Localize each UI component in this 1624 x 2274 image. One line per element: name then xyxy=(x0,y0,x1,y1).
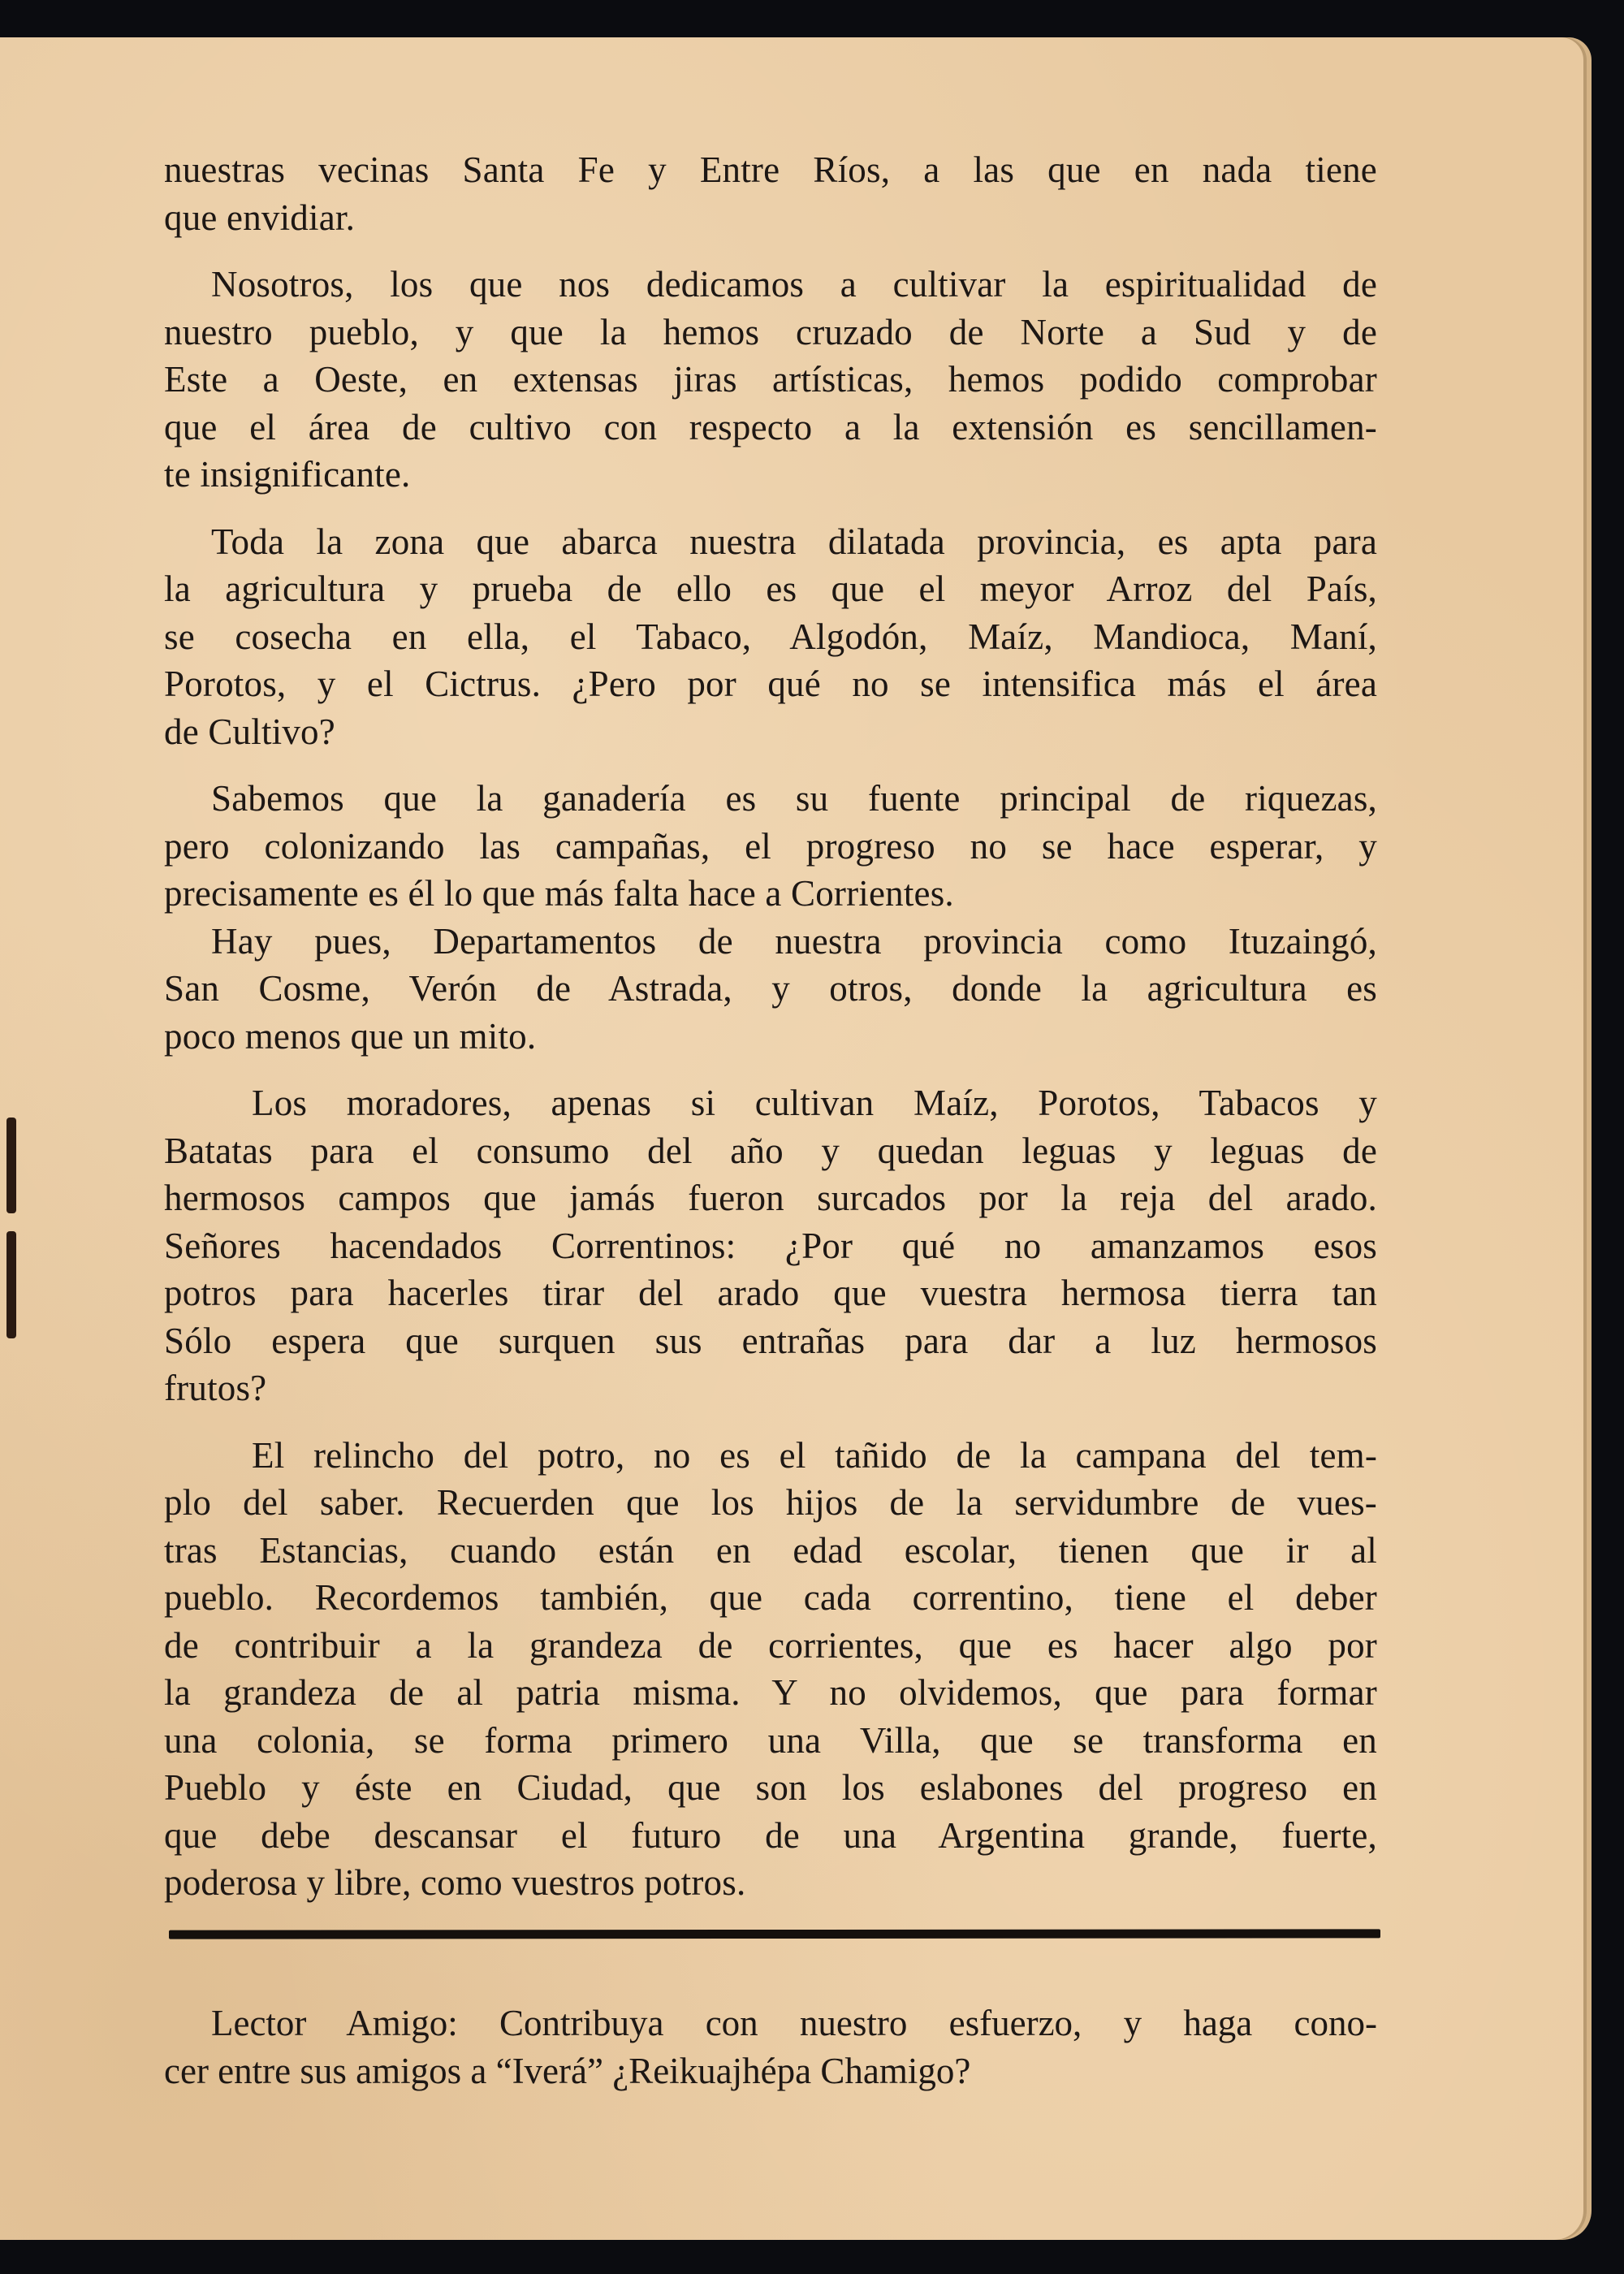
text-line: que el área de cultivo con respecto a la… xyxy=(164,404,1377,452)
text-line: Nosotros, los que nos dedicamos a cultiv… xyxy=(164,261,1377,309)
text-line: Los moradores, apenas si cultivan Maíz, … xyxy=(164,1079,1377,1127)
text-line: Porotos, y el Cictrus. ¿Pero por qué no … xyxy=(164,660,1377,708)
text-line: pero colonizando las campañas, el progre… xyxy=(164,823,1377,871)
paragraph-nosotros: Nosotros, los que nos dedicamos a cultiv… xyxy=(164,261,1377,499)
text-line: Sabemos que la ganadería es su fuente pr… xyxy=(164,775,1377,823)
paragraph-los-moradores: Los moradores, apenas si cultivan Maíz, … xyxy=(164,1079,1377,1412)
text-line: la agricultura y prueba de ello es que e… xyxy=(164,565,1377,613)
footer-note: Lector Amigo: Contribuya con nuestro esf… xyxy=(164,1999,1377,2095)
text-line: nuestras vecinas Santa Fe y Entre Ríos, … xyxy=(164,146,1377,194)
text-line: la grandeza de al patria misma. Y no olv… xyxy=(164,1669,1377,1717)
text-line: pueblo. Recordemos también, que cada cor… xyxy=(164,1574,1377,1622)
text-line: que debe descansar el futuro de una Arge… xyxy=(164,1812,1377,1860)
paragraph-toda-la-zona: Toda la zona que abarca nuestra dilatada… xyxy=(164,518,1377,756)
text-line: Toda la zona que abarca nuestra dilatada… xyxy=(164,518,1377,566)
binding-mark-lower xyxy=(6,1231,16,1338)
text-line: de Cultivo? xyxy=(164,708,1377,756)
text-line: El relincho del potro, no es el tañido d… xyxy=(164,1432,1377,1480)
book-page: nuestras vecinas Santa Fe y Entre Ríos, … xyxy=(0,37,1592,2240)
horizontal-rule-divider xyxy=(169,1929,1380,1939)
text-line: Este a Oeste, en extensas jiras artístic… xyxy=(164,356,1377,404)
paragraph-sabemos: Sabemos que la ganadería es su fuente pr… xyxy=(164,775,1377,918)
text-line: poco menos que un mito. xyxy=(164,1013,1377,1061)
footer-line: cer entre sus amigos a “Iverá” ¿Reikuajh… xyxy=(164,2047,1377,2095)
text-line: San Cosme, Verón de Astrada, y otros, do… xyxy=(164,965,1377,1013)
text-line: se cosecha en ella, el Tabaco, Algodón, … xyxy=(164,613,1377,661)
text-line: Señores hacendados Correntinos: ¿Por qué… xyxy=(164,1222,1377,1270)
paragraph-hay-pues: Hay pues, Departamentos de nuestra provi… xyxy=(164,918,1377,1061)
text-line: Sólo espera que surquen sus entrañas par… xyxy=(164,1317,1377,1365)
text-line: precisamente es él lo que más falta hace… xyxy=(164,870,1377,918)
text-line: hermosos campos que jamás fueron surcado… xyxy=(164,1174,1377,1222)
text-line: que envidiar. xyxy=(164,194,1377,242)
text-line: plo del saber. Recuerden que los hijos d… xyxy=(164,1479,1377,1527)
binding-mark-upper xyxy=(6,1118,16,1213)
text-line: Hay pues, Departamentos de nuestra provi… xyxy=(164,918,1377,966)
text-line: una colonia, se forma primero una Villa,… xyxy=(164,1717,1377,1765)
text-line: poderosa y libre, como vuestros potros. xyxy=(164,1859,1377,1907)
text-line: de contribuir a la grandeza de corriente… xyxy=(164,1622,1377,1670)
text-line: Pueblo y éste en Ciudad, que son los esl… xyxy=(164,1764,1377,1812)
text-line: frutos? xyxy=(164,1364,1377,1412)
paragraph-intro-continuation: nuestras vecinas Santa Fe y Entre Ríos, … xyxy=(164,146,1377,241)
text-line: te insignificante. xyxy=(164,451,1377,499)
paragraph-el-relincho: El relincho del potro, no es el tañido d… xyxy=(164,1432,1377,1907)
text-line: nuestro pueblo, y que la hemos cruzado d… xyxy=(164,309,1377,357)
text-line: Batatas para el consumo del año y quedan… xyxy=(164,1127,1377,1175)
footer-line: Lector Amigo: Contribuya con nuestro esf… xyxy=(164,1999,1377,2047)
body-text: nuestras vecinas Santa Fe y Entre Ríos, … xyxy=(164,146,1377,1907)
text-line: tras Estancias, cuando están en edad esc… xyxy=(164,1527,1377,1575)
text-line: potros para hacerles tirar del arado que… xyxy=(164,1269,1377,1317)
